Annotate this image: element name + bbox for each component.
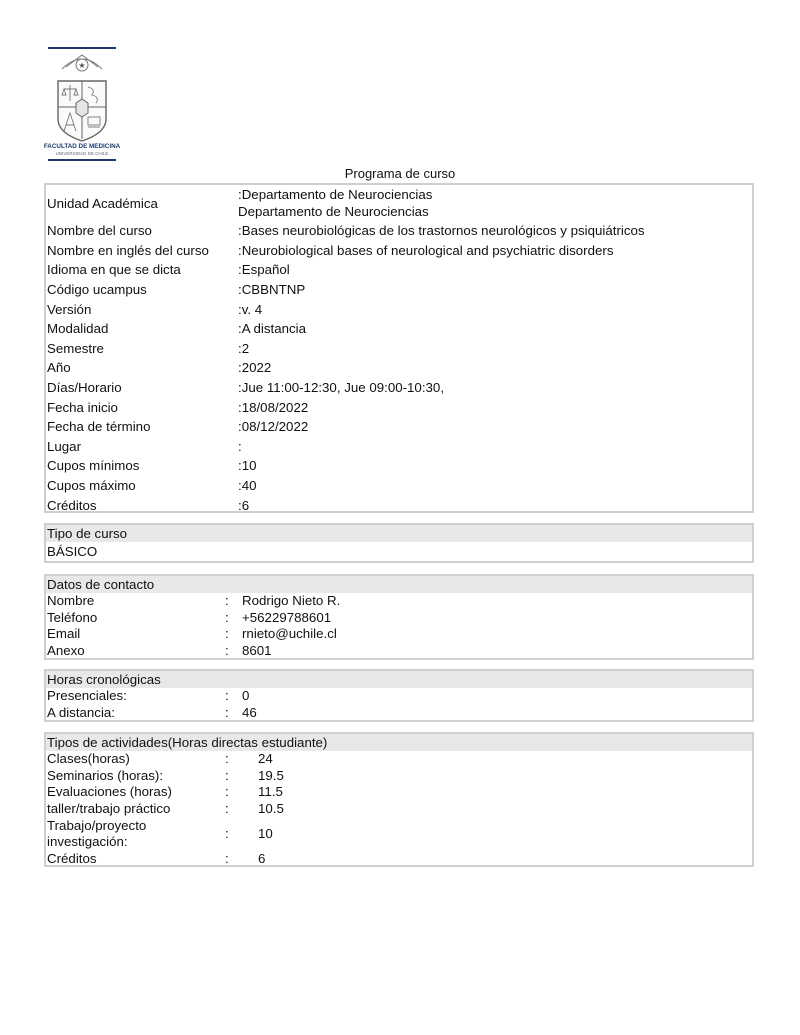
info-label: Fecha inicio [46,400,238,415]
info-row: Año:2022 [46,358,752,378]
table-row: Créditos:6 [46,851,752,868]
svg-text:FACULTAD DE MEDICINA: FACULTAD DE MEDICINA [44,143,120,150]
info-label: Fecha de término [46,419,238,434]
contact-section: Datos de contacto Nombre:Rodrigo Nieto R… [44,574,754,660]
info-value: :Departamento de NeurocienciasDepartamen… [238,186,752,220]
section-heading: Horas cronológicas [46,671,752,688]
info-value: :18/08/2022 [238,400,752,415]
svg-text:UNIVERSIDAD DE CHILE: UNIVERSIDAD DE CHILE [56,151,109,156]
info-row: Fecha inicio:18/08/2022 [46,397,752,417]
section-heading: Tipo de curso [46,525,752,542]
row-label: Presenciales: [46,688,225,705]
row-value: 6 [258,851,752,868]
info-label: Idioma en que se dicta [46,262,238,277]
table-row: Seminarios (horas)::19.5 [46,768,752,785]
row-separator: : [225,610,242,627]
info-value: :CBBNTNP [238,282,752,297]
table-row: Email:rnieto@uchile.cl [46,626,752,643]
row-separator: : [225,705,242,722]
info-label: Unidad Académica [46,196,238,211]
row-separator: : [225,688,242,705]
info-value: :6 [238,498,752,513]
row-value: 10 [258,826,752,842]
info-value: :Español [238,262,752,277]
row-label: Clases(horas) [46,751,225,768]
info-label: Lugar [46,439,238,454]
table-row: Teléfono:+56229788601 [46,610,752,627]
row-value: Rodrigo Nieto R. [242,593,752,610]
info-row: Fecha de término:08/12/2022 [46,417,752,437]
info-label: Nombre del curso [46,223,238,238]
row-value: 19.5 [258,768,752,785]
row-label: Seminarios (horas): [46,768,225,785]
info-row: Lugar: [46,437,752,457]
row-value: 46 [242,705,752,722]
info-row: Idioma en que se dicta:Español [46,260,752,280]
row-separator: : [225,784,258,801]
info-label: Año [46,360,238,375]
svg-text:★: ★ [78,61,85,70]
row-label: A distancia: [46,705,225,722]
row-separator: : [225,768,258,785]
row-label: Evaluaciones (horas) [46,784,225,801]
info-label: Cupos máximo [46,478,238,493]
table-row: Clases(horas):24 [46,751,752,768]
row-label: Anexo [46,643,225,660]
row-separator: : [225,643,242,660]
row-value: 10.5 [258,801,752,818]
course-info-table: Unidad Académica:Departamento de Neuroci… [44,183,754,513]
info-label: Modalidad [46,321,238,336]
row-separator: : [225,851,258,868]
table-row: Trabajo/proyecto investigación::10 [46,817,752,851]
info-label: Código ucampus [46,282,238,297]
table-row: Nombre:Rodrigo Nieto R. [46,593,752,610]
info-row: Modalidad:A distancia [46,319,752,339]
info-label: Cupos mínimos [46,458,238,473]
row-label: taller/trabajo práctico [46,801,225,818]
info-value: :40 [238,478,752,493]
info-value: :08/12/2022 [238,419,752,434]
row-value: rnieto@uchile.cl [242,626,752,643]
row-value: 8601 [242,643,752,660]
info-row: Unidad Académica:Departamento de Neuroci… [46,185,752,221]
chronological-hours-section: Horas cronológicas Presenciales::0A dist… [44,669,754,722]
table-row: taller/trabajo práctico:10.5 [46,801,752,818]
info-value: :10 [238,458,752,473]
row-label: Nombre [46,593,225,610]
row-label: Créditos [46,851,225,868]
info-row: Cupos máximo:40 [46,476,752,496]
table-row: Evaluaciones (horas):11.5 [46,784,752,801]
info-row: Créditos:6 [46,495,752,515]
info-value-line: :Departamento de Neurociencias [238,186,752,203]
info-row: Nombre en inglés del curso:Neurobiologic… [46,241,752,261]
info-value: :A distancia [238,321,752,336]
row-value: 0 [242,688,752,705]
faculty-logo: ★ FACULTAD DE MEDICINA UNIVERSIDAD DE CH… [44,45,120,162]
row-separator: : [225,593,242,610]
table-row: Anexo:8601 [46,643,752,660]
course-type-value: BÁSICO [46,542,752,561]
info-label: Nombre en inglés del curso [46,243,238,258]
row-separator: : [225,801,258,818]
info-value: :v. 4 [238,302,752,317]
row-label: Trabajo/proyecto investigación: [46,818,225,850]
row-separator: : [225,826,258,842]
info-label: Créditos [46,498,238,513]
info-label: Días/Horario [46,380,238,395]
row-separator: : [225,626,242,643]
info-value: :2 [238,341,752,356]
info-row: Semestre:2 [46,339,752,359]
info-row: Días/Horario:Jue 11:00-12:30, Jue 09:00-… [46,378,752,398]
info-value-line: Departamento de Neurociencias [238,203,752,220]
info-value: :Neurobiological bases of neurological a… [238,243,752,258]
info-value: :Jue 11:00-12:30, Jue 09:00-10:30, [238,380,752,395]
info-row: Cupos mínimos:10 [46,456,752,476]
row-value: 24 [258,751,752,768]
course-type-section: Tipo de curso BÁSICO [44,523,754,563]
document-title: Programa de curso [44,166,756,181]
row-separator: : [225,751,258,768]
section-heading: Tipos de actividades(Horas directas estu… [46,734,752,751]
table-row: Presenciales::0 [46,688,752,705]
row-value: 11.5 [258,784,752,801]
activities-section: Tipos de actividades(Horas directas estu… [44,732,754,867]
row-value: +56229788601 [242,610,752,627]
info-value: :Bases neurobiológicas de los trastornos… [238,223,752,238]
info-value: : [238,439,752,454]
info-row: Código ucampus:CBBNTNP [46,280,752,300]
row-label: Teléfono [46,610,225,627]
info-value: :2022 [238,360,752,375]
info-label: Versión [46,302,238,317]
info-row: Nombre del curso:Bases neurobiológicas d… [46,221,752,241]
info-row: Versión:v. 4 [46,299,752,319]
table-row: A distancia::46 [46,705,752,722]
row-label: Email [46,626,225,643]
info-label: Semestre [46,341,238,356]
section-heading: Datos de contacto [46,576,752,593]
